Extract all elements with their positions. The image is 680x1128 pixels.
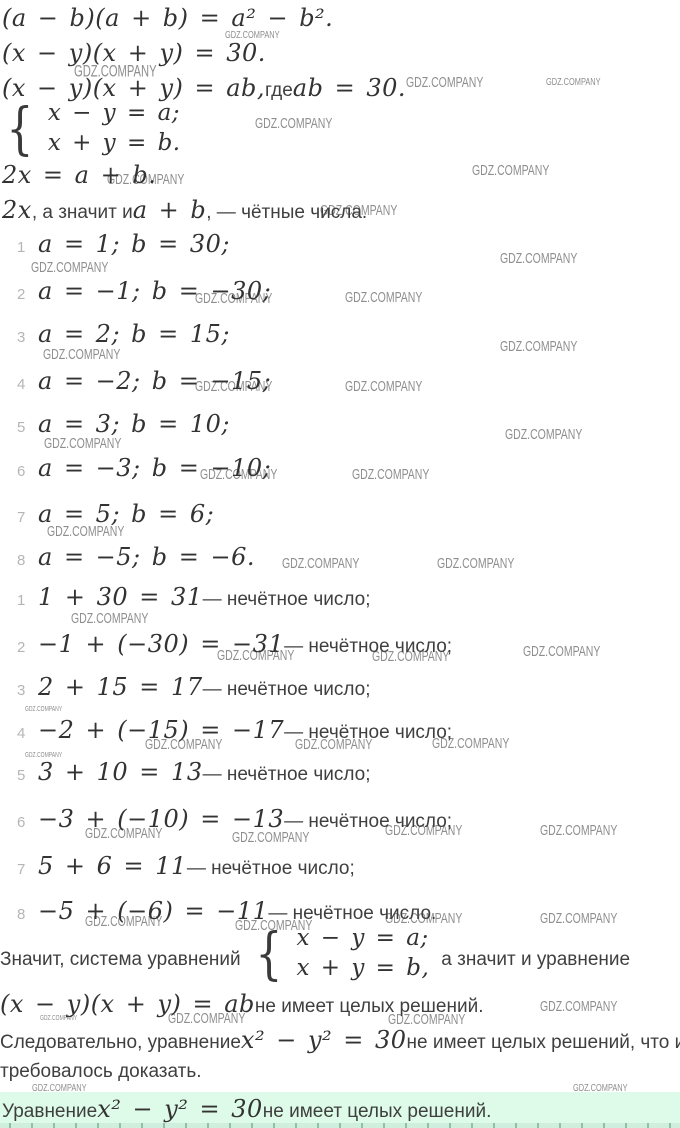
answer-text: не имеет целых решений. bbox=[263, 1101, 492, 1123]
item-text: — нечётное число. bbox=[268, 903, 436, 925]
watermark: GDZ.COMPANY bbox=[540, 823, 617, 838]
ab-pair-item: 3a = 2; b = 15; bbox=[17, 320, 230, 348]
item-number: 4 bbox=[17, 376, 38, 393]
item-math: 1 + 30 = 31 bbox=[38, 583, 203, 611]
watermark: GDZ.COMPANY bbox=[345, 290, 422, 305]
watermark: GDZ.COMPANY bbox=[406, 75, 483, 90]
watermark: GDZ.COMPANY bbox=[71, 611, 148, 626]
even-numbers-statement: 2x , а значит и a + b , — чётные числа. bbox=[2, 196, 367, 224]
item-number: 7 bbox=[17, 861, 38, 878]
item-text: — нечётное число; bbox=[203, 679, 371, 701]
item-number: 1 bbox=[17, 592, 38, 609]
ab-pair-item: 8a = −5; b = −6. bbox=[17, 543, 255, 571]
sum-check-item: 75 + 6 = 11— нечётное число; bbox=[17, 852, 355, 880]
watermark: GDZ.COMPANY bbox=[523, 644, 600, 659]
item-number: 3 bbox=[17, 329, 38, 346]
equation-xy-ab: (x − y)(x + y) = ab, где ab = 30. bbox=[2, 74, 406, 102]
item-math: 3 + 10 = 13 bbox=[38, 758, 203, 786]
item-math: 2 + 15 = 17 bbox=[38, 673, 203, 701]
formula-text: 2x bbox=[2, 196, 32, 224]
conclusion-text: не имеет целых решений, что и bbox=[407, 1032, 680, 1054]
watermark: GDZ.COMPANY bbox=[540, 911, 617, 926]
statement-text: , а значит и bbox=[32, 202, 133, 224]
item-text: — нечётное число; bbox=[203, 764, 371, 786]
connector-text: где bbox=[265, 80, 293, 102]
watermark: GDZ.COMPANY bbox=[546, 78, 601, 88]
conclusion-text: не имеет целых решений. bbox=[255, 996, 484, 1018]
formula-text: ab = 30. bbox=[293, 74, 406, 102]
left-brace-icon: { bbox=[6, 101, 33, 157]
no-integer-solutions-line: (x − y)(x + y) = ab не имеет целых решен… bbox=[0, 990, 484, 1018]
statement-text: , — чётные числа. bbox=[206, 202, 367, 224]
answer-box: Уравнение x² − y² = 30 не имеет целых ре… bbox=[0, 1092, 680, 1128]
item-number: 7 bbox=[17, 509, 38, 526]
formula-text: (x − y)(x + y) = 30. bbox=[2, 39, 266, 67]
conclusion-text: а значит и уравнение bbox=[441, 949, 630, 971]
item-text: — нечётное число; bbox=[187, 858, 355, 880]
item-text: — нечётное число; bbox=[284, 636, 452, 658]
system-rows: x − y = a; x + y = b. bbox=[48, 101, 181, 156]
item-math: a = −2; b = −15; bbox=[38, 367, 271, 395]
item-text: — нечётное число; bbox=[284, 722, 452, 744]
sum-check-item: 8−5 + (−6) = −11— нечётное число. bbox=[17, 897, 436, 925]
conclusion-text: Значит, система уравнений bbox=[0, 949, 241, 971]
equation-system: { x − y = a; x + y = b, bbox=[253, 926, 430, 981]
sum-check-item: 2−1 + (−30) = −31 — нечётное число; bbox=[17, 630, 452, 658]
system-rows: x − y = a; x + y = b, bbox=[296, 926, 429, 981]
system-equation-1: x − y = a; bbox=[296, 926, 429, 951]
formula-text: x² − y² = 30 bbox=[241, 1026, 407, 1054]
item-math: −5 + (−6) = −11 bbox=[38, 897, 268, 925]
watermark: GDZ.COMPANY bbox=[44, 436, 121, 451]
item-math: a = −5; b = −6. bbox=[38, 543, 255, 571]
watermark: GDZ.COMPANY bbox=[255, 116, 332, 131]
system-equation-2: x + y = b. bbox=[48, 131, 181, 156]
watermark: GDZ.COMPANY bbox=[345, 379, 422, 394]
qed-line: требовалось доказать. bbox=[0, 1061, 202, 1083]
sum-check-item: 32 + 15 = 17 — нечётное число; bbox=[17, 673, 371, 701]
item-math: a = −1; b = −30; bbox=[38, 277, 271, 305]
ab-pair-item: 5a = 3; b = 10; bbox=[17, 410, 230, 438]
solution-page: (a − b)(a + b) = a² − b². (x − y)(x + y)… bbox=[0, 0, 680, 1128]
item-number: 8 bbox=[17, 906, 38, 923]
formula-difference-of-squares: (a − b)(a + b) = a² − b². bbox=[2, 4, 333, 32]
answer-bottom-strip bbox=[0, 1123, 680, 1128]
item-text: — нечётное число; bbox=[284, 811, 452, 833]
formula-text: (x − y)(x + y) = ab bbox=[0, 990, 255, 1018]
conclusion-text: Следовательно, уравнение bbox=[0, 1032, 241, 1054]
item-number: 5 bbox=[17, 419, 38, 436]
equation-system: { x − y = a; x + y = b. bbox=[4, 101, 181, 156]
formula-text: (a − b)(a + b) = a² − b². bbox=[2, 4, 333, 32]
item-math: a = 3; b = 10; bbox=[38, 410, 230, 438]
item-number: 4 bbox=[17, 725, 38, 742]
item-math: −2 + (−15) = −17 bbox=[38, 716, 284, 744]
sum-check-item: 4−2 + (−15) = −17 — нечётное число; bbox=[17, 716, 452, 744]
item-number: 6 bbox=[17, 814, 38, 831]
item-number: 8 bbox=[17, 552, 38, 569]
system-equation-2: x + y = b, bbox=[296, 956, 429, 981]
watermark: GDZ.COMPANY bbox=[500, 251, 577, 266]
ab-pair-item: 7a = 5; b = 6; bbox=[17, 500, 214, 528]
watermark: GDZ.COMPANY bbox=[43, 347, 120, 362]
watermark: GDZ.COMPANY bbox=[352, 467, 429, 482]
item-number: 2 bbox=[17, 286, 38, 303]
watermark: GDZ.COMPANY bbox=[540, 999, 617, 1014]
item-math: a = 1; b = 30; bbox=[38, 230, 230, 258]
equation-2x: 2x = a + b. bbox=[2, 161, 156, 189]
system-equation-1: x − y = a; bbox=[48, 101, 181, 126]
item-number: 5 bbox=[17, 767, 38, 784]
formula-text: x² − y² = 30 bbox=[97, 1095, 263, 1123]
item-number: 3 bbox=[17, 682, 38, 699]
watermark: GDZ.COMPANY bbox=[505, 427, 582, 442]
answer-text: Уравнение bbox=[2, 1101, 97, 1123]
ab-pair-item: 1a = 1; b = 30; bbox=[17, 230, 230, 258]
sum-check-item: 53 + 10 = 13 — нечётное число; bbox=[17, 758, 371, 786]
ab-pair-item: 6a = −3; b = −10; bbox=[17, 454, 271, 482]
watermark: GDZ.COMPANY bbox=[472, 163, 549, 178]
left-brace-icon: { bbox=[255, 926, 282, 982]
watermark: GDZ.COMPANY bbox=[437, 556, 514, 571]
formula-text: (x − y)(x + y) = ab, bbox=[2, 74, 265, 102]
item-math: a = 5; b = 6; bbox=[38, 500, 214, 528]
item-text: — нечётное число; bbox=[203, 589, 371, 611]
watermark: GDZ.COMPANY bbox=[31, 260, 108, 275]
therefore-line: Следовательно, уравнение x² − y² = 30 не… bbox=[0, 1026, 680, 1054]
answer-line: Уравнение x² − y² = 30 не имеет целых ре… bbox=[2, 1095, 491, 1123]
item-number: 2 bbox=[17, 639, 38, 656]
ab-pair-item: 2a = −1; b = −30; bbox=[17, 277, 271, 305]
item-math: a = −3; b = −10; bbox=[38, 454, 271, 482]
sum-check-item: 11 + 30 = 31 — нечётное число; bbox=[17, 583, 371, 611]
item-math: 5 + 6 = 11 bbox=[38, 852, 187, 880]
ab-pair-item: 4a = −2; b = −15; bbox=[17, 367, 271, 395]
watermark: GDZ.COMPANY bbox=[25, 706, 62, 713]
item-math: −1 + (−30) = −31 bbox=[38, 630, 284, 658]
watermark: GDZ.COMPANY bbox=[282, 556, 359, 571]
conclusion-text: требовалось доказать. bbox=[0, 1061, 202, 1083]
formula-text: 2x = a + b. bbox=[2, 161, 156, 189]
item-number: 6 bbox=[17, 463, 38, 480]
formula-text: a + b bbox=[133, 196, 207, 224]
item-number: 1 bbox=[17, 239, 38, 256]
equation-xy-30: (x − y)(x + y) = 30. bbox=[2, 39, 266, 67]
item-math: a = 2; b = 15; bbox=[38, 320, 230, 348]
item-math: −3 + (−10) = −13 bbox=[38, 805, 284, 833]
watermark: GDZ.COMPANY bbox=[500, 339, 577, 354]
conclusion-system-line: Значит, система уравнений { x − y = a; x… bbox=[0, 926, 630, 981]
sum-check-item: 6−3 + (−10) = −13 — нечётное число; bbox=[17, 805, 452, 833]
